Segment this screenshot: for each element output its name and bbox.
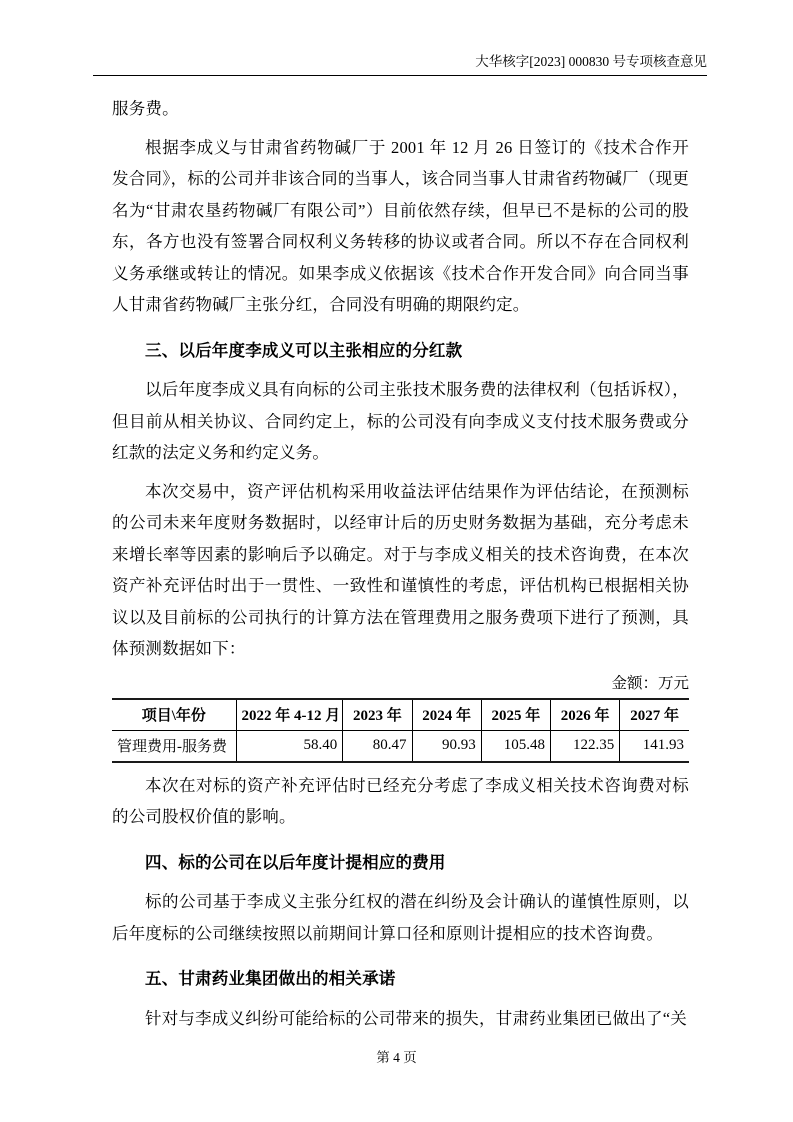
- paragraph-group-commitment: 针对与李成义纠纷可能给标的公司带来的损失，甘肃药业集团已做出了“关: [112, 1003, 689, 1035]
- table-header-2024: 2024 年: [412, 699, 481, 731]
- document-page: 大华核字[2023] 000830 号专项核查意见 服务费。 根据李成义与甘肃省…: [0, 0, 793, 1122]
- table-cell-row-label: 管理费用-服务费: [112, 730, 236, 762]
- table-cell-2025-value: 105.48: [481, 730, 550, 762]
- table-header-2025: 2025 年: [481, 699, 550, 731]
- section-heading-3: 三、以后年度李成义可以主张相应的分红款: [112, 336, 689, 368]
- table-cell-2022-value: 58.40: [236, 730, 343, 762]
- paragraph-valuation-method: 本次交易中，资产评估机构采用收益法评估结果作为评估结论，在预测标的公司未来年度财…: [112, 476, 689, 665]
- table-cell-2024-value: 90.93: [412, 730, 481, 762]
- table-header-2027: 2027 年: [620, 699, 689, 731]
- page-number: 第 4 页: [376, 1050, 417, 1065]
- table-header-2026: 2026 年: [550, 699, 619, 731]
- page-header: 大华核字[2023] 000830 号专项核查意见: [93, 53, 707, 76]
- document-body: 服务费。 根据李成义与甘肃省药物碱厂于 2001 年 12 月 26 日签订的《…: [112, 86, 689, 1041]
- paragraph-future-accrual: 标的公司基于李成义主张分红权的潜在纠纷及会计确认的谨慎性原则，以后年度标的公司继…: [112, 886, 689, 949]
- header-document-number: 大华核字[2023] 000830 号专项核查意见: [475, 54, 707, 69]
- table-cell-2026-value: 122.35: [550, 730, 619, 762]
- page-footer: 第 4 页: [0, 1046, 793, 1066]
- paragraph-impact-considered: 本次在对标的资产补充评估时已经充分考虑了李成义相关技术咨询费对标的公司股权价值的…: [112, 770, 689, 833]
- section-heading-5: 五、甘肃药业集团做出的相关承诺: [112, 964, 689, 996]
- table-unit-label: 金额：万元: [112, 672, 689, 696]
- table-cell-2027-value: 141.93: [620, 730, 689, 762]
- paragraph-carryover: 服务费。: [112, 93, 689, 125]
- paragraph-contract-history: 根据李成义与甘肃省药物碱厂于 2001 年 12 月 26 日签订的《技术合作开…: [112, 132, 689, 321]
- table-row-service-fee: 管理费用-服务费 58.40 80.47 90.93 105.48 122.35…: [112, 730, 689, 762]
- table-header-row: 项目\年份 2022 年 4-12 月 2023 年 2024 年 2025 年…: [112, 699, 689, 731]
- section-heading-4: 四、标的公司在以后年度计提相应的费用: [112, 848, 689, 880]
- table-header-2022: 2022 年 4-12 月: [236, 699, 343, 731]
- forecast-table: 项目\年份 2022 年 4-12 月 2023 年 2024 年 2025 年…: [112, 698, 689, 763]
- paragraph-legal-rights: 以后年度李成义具有向标的公司主张技术服务费的法律权利（包括诉权），但目前从相关协…: [112, 374, 689, 469]
- table-cell-2023-value: 80.47: [343, 730, 412, 762]
- table-header-2023: 2023 年: [343, 699, 412, 731]
- table-header-item-year: 项目\年份: [112, 699, 236, 731]
